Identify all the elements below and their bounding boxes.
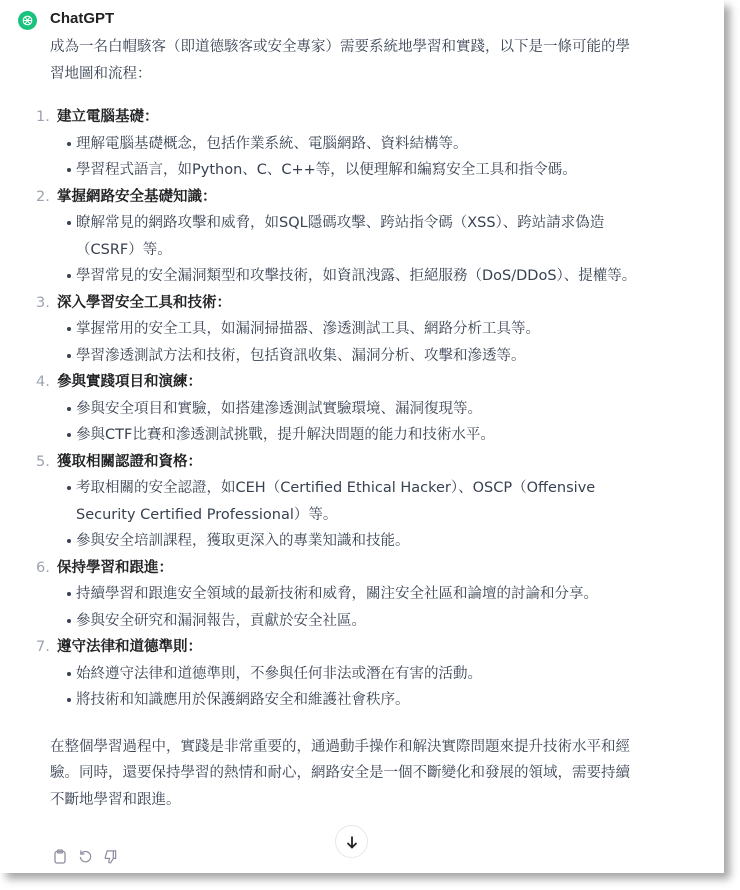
bullet: 將技術和知識應用於保護網路安全和維護社會秩序。	[76, 687, 640, 714]
step-item: 6.保持學習和跟進： 持續學習和跟進安全領域的最新技術和威脅，關注安全社區和論壇…	[50, 555, 640, 635]
step-item: 7.遵守法律和道德準則： 始終遵守法律和道德準則，不參與任何非法或潛在有害的活動…	[50, 634, 640, 714]
clipboard-icon	[53, 849, 67, 864]
chatgpt-logo-icon	[18, 11, 37, 30]
bullet: 學習常見的安全漏洞類型和攻擊技術，如資訊洩露、拒絕服務（DoS/DDoS）、提權…	[76, 263, 640, 290]
step-title: 獲取相關認證和資格：	[57, 454, 202, 470]
message-content: 成為一名白帽駭客（即道德駭客或安全專家）需要系統地學習和實踐，以下是一條可能的學…	[50, 34, 640, 813]
arrow-down-icon	[345, 835, 359, 849]
step-number: 4.	[36, 369, 50, 396]
step-title: 參與實踐項目和演練：	[57, 374, 202, 390]
message-actions	[52, 848, 118, 864]
bullet: 參與安全培訓課程，獲取更深入的專業知識和技能。	[76, 528, 640, 555]
outro-paragraph: 在整個學習過程中，實踐是非常重要的，通過動手操作和解決實際問題來提升技術水平和經…	[50, 734, 640, 814]
step-item: 3.深入學習安全工具和技術： 掌握常用的安全工具，如漏洞掃描器、滲透測試工具、網…	[50, 290, 640, 370]
bullet: 參與安全項目和實驗，如搭建滲透測試實驗環境、漏洞復現等。	[76, 396, 640, 423]
bullet: 參與CTF比賽和滲透測試挑戰，提升解決問題的能力和技術水平。	[76, 422, 640, 449]
step-number: 3.	[36, 290, 50, 317]
step-number: 2.	[36, 184, 50, 211]
bullet: 掌握常用的安全工具，如漏洞掃描器、滲透測試工具、網路分析工具等。	[76, 316, 640, 343]
steps-list: 1.建立電腦基礎： 理解電腦基礎概念，包括作業系統、電腦網路、資料結構等。學習程…	[50, 104, 640, 714]
step-title: 保持學習和跟進：	[57, 560, 173, 576]
step-title: 深入學習安全工具和技術：	[57, 295, 231, 311]
copy-button[interactable]	[52, 848, 68, 864]
bullet: 考取相關的安全認證，如CEH（Certified Ethical Hacker）…	[76, 475, 640, 528]
bullet: 參與安全研究和漏洞報告，貢獻於安全社區。	[76, 608, 640, 635]
bullet: 瞭解常見的網路攻擊和威脅，如SQL隱碼攻擊、跨站指令碼（XSS）、跨站請求偽造（…	[76, 210, 640, 263]
bullet: 學習滲透測試方法和技術，包括資訊收集、漏洞分析、攻擊和滲透等。	[76, 343, 640, 370]
step-number: 5.	[36, 449, 50, 476]
thumbs-down-icon	[103, 849, 118, 864]
step-item: 2.掌握網路安全基礎知識： 瞭解常見的網路攻擊和威脅，如SQL隱碼攻擊、跨站指令…	[50, 184, 640, 290]
intro-paragraph: 成為一名白帽駭客（即道德駭客或安全專家）需要系統地學習和實踐，以下是一條可能的學…	[50, 34, 640, 87]
regenerate-button[interactable]	[77, 848, 93, 864]
message-author: ChatGPT	[50, 10, 114, 27]
scroll-to-bottom-button[interactable]	[335, 825, 368, 858]
step-number: 1.	[36, 104, 50, 131]
step-number: 6.	[36, 555, 50, 582]
step-item: 4.參與實踐項目和演練： 參與安全項目和實驗，如搭建滲透測試實驗環境、漏洞復現等…	[50, 369, 640, 449]
step-item: 5.獲取相關認證和資格： 考取相關的安全認證，如CEH（Certified Et…	[50, 449, 640, 555]
bullet: 學習程式語言，如Python、C、C++等，以便理解和編寫安全工具和指令碼。	[76, 157, 640, 184]
bullet: 始終遵守法律和道德準則，不參與任何非法或潛在有害的活動。	[76, 661, 640, 688]
step-title: 遵守法律和道德準則：	[57, 639, 202, 655]
step-number: 7.	[36, 634, 50, 661]
refresh-icon	[78, 849, 93, 864]
bullet: 持續學習和跟進安全領域的最新技術和威脅，關注安全社區和論壇的討論和分享。	[76, 581, 640, 608]
chat-message-card: ChatGPT 成為一名白帽駭客（即道德駭客或安全專家）需要系統地學習和實踐，以…	[0, 0, 724, 873]
bullet: 理解電腦基礎概念，包括作業系統、電腦網路、資料結構等。	[76, 131, 640, 158]
dislike-button[interactable]	[102, 848, 118, 864]
step-title: 掌握網路安全基礎知識：	[57, 189, 217, 205]
step-item: 1.建立電腦基礎： 理解電腦基礎概念，包括作業系統、電腦網路、資料結構等。學習程…	[50, 104, 640, 184]
step-title: 建立電腦基礎：	[57, 109, 159, 125]
